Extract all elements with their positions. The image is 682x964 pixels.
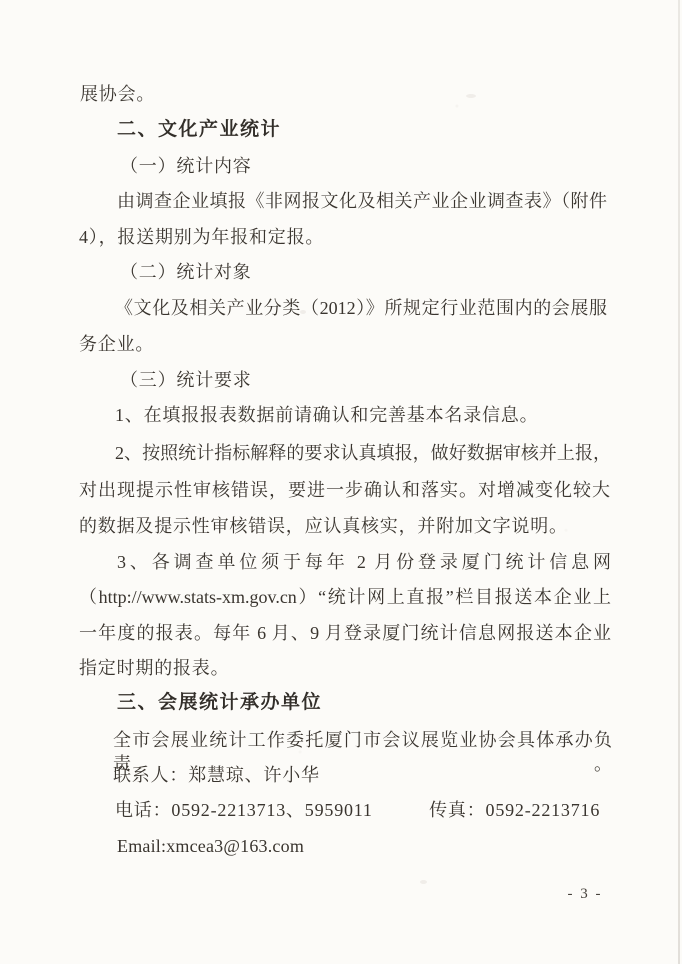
- text-line: 一年度的报表。每年 6 月、9 月登录厦门统计信息网报送本企业: [79, 621, 611, 645]
- text-line: 4），报送期别为年报和定报。: [79, 225, 324, 249]
- scan-edge-shadow: [678, 0, 680, 964]
- document-page: 展协会。 二、文化产业统计 （一）统计内容 由调查企业填报《非网报文化及相关产业…: [0, 0, 682, 964]
- subsection-heading: （二）统计对象: [120, 260, 252, 284]
- scan-smudge: [420, 880, 427, 884]
- page-number: - 3 -: [560, 886, 610, 903]
- contact-person-line: 联系人：郑慧琼、许小华: [113, 763, 320, 787]
- text-line-with-url: （http://www.stats-xm.gov.cn）“统计网上直报”栏目报送…: [79, 585, 611, 609]
- text-line: 《文化及相关产业分类（2012）》所规定行业范围内的会展服: [115, 296, 607, 320]
- scan-smudge: [300, 310, 306, 314]
- text-line: 对出现提示性审核错误，要进一步确认和落实。对增减变化较大: [79, 478, 610, 502]
- section-heading: 二、文化产业统计: [117, 118, 281, 142]
- text-line: 展协会。: [80, 82, 155, 106]
- text-line: 1、在填报报表数据前请确认和完善基本名录信息。: [115, 403, 538, 427]
- text-line: 3、各调查单位须于每年 2 月份登录厦门统计信息网: [117, 550, 611, 574]
- text-line: 的数据及提示性审核错误，应认真核实，并附加文字说明。: [79, 514, 568, 538]
- contact-phone-line: 电话：0592-2213713、5959011 传真：0592-2213716: [115, 798, 600, 822]
- scan-smudge: [466, 94, 476, 98]
- text-line: 指定时期的报表。: [79, 656, 229, 680]
- contact-email-line: Email:xmcea3@163.com: [117, 834, 304, 858]
- text-line: 务企业。: [79, 332, 154, 356]
- section-heading: 三、会展统计承办单位: [117, 691, 322, 715]
- subsection-heading: （三）统计要求: [120, 368, 252, 392]
- text-line: 2、按照统计指标解释的要求认真填报，做好数据审核并上报，: [115, 441, 611, 465]
- text-line: 由调查企业填报《非网报文化及相关产业企业调查表》（附件: [117, 189, 607, 213]
- subsection-heading: （一）统计内容: [120, 154, 252, 178]
